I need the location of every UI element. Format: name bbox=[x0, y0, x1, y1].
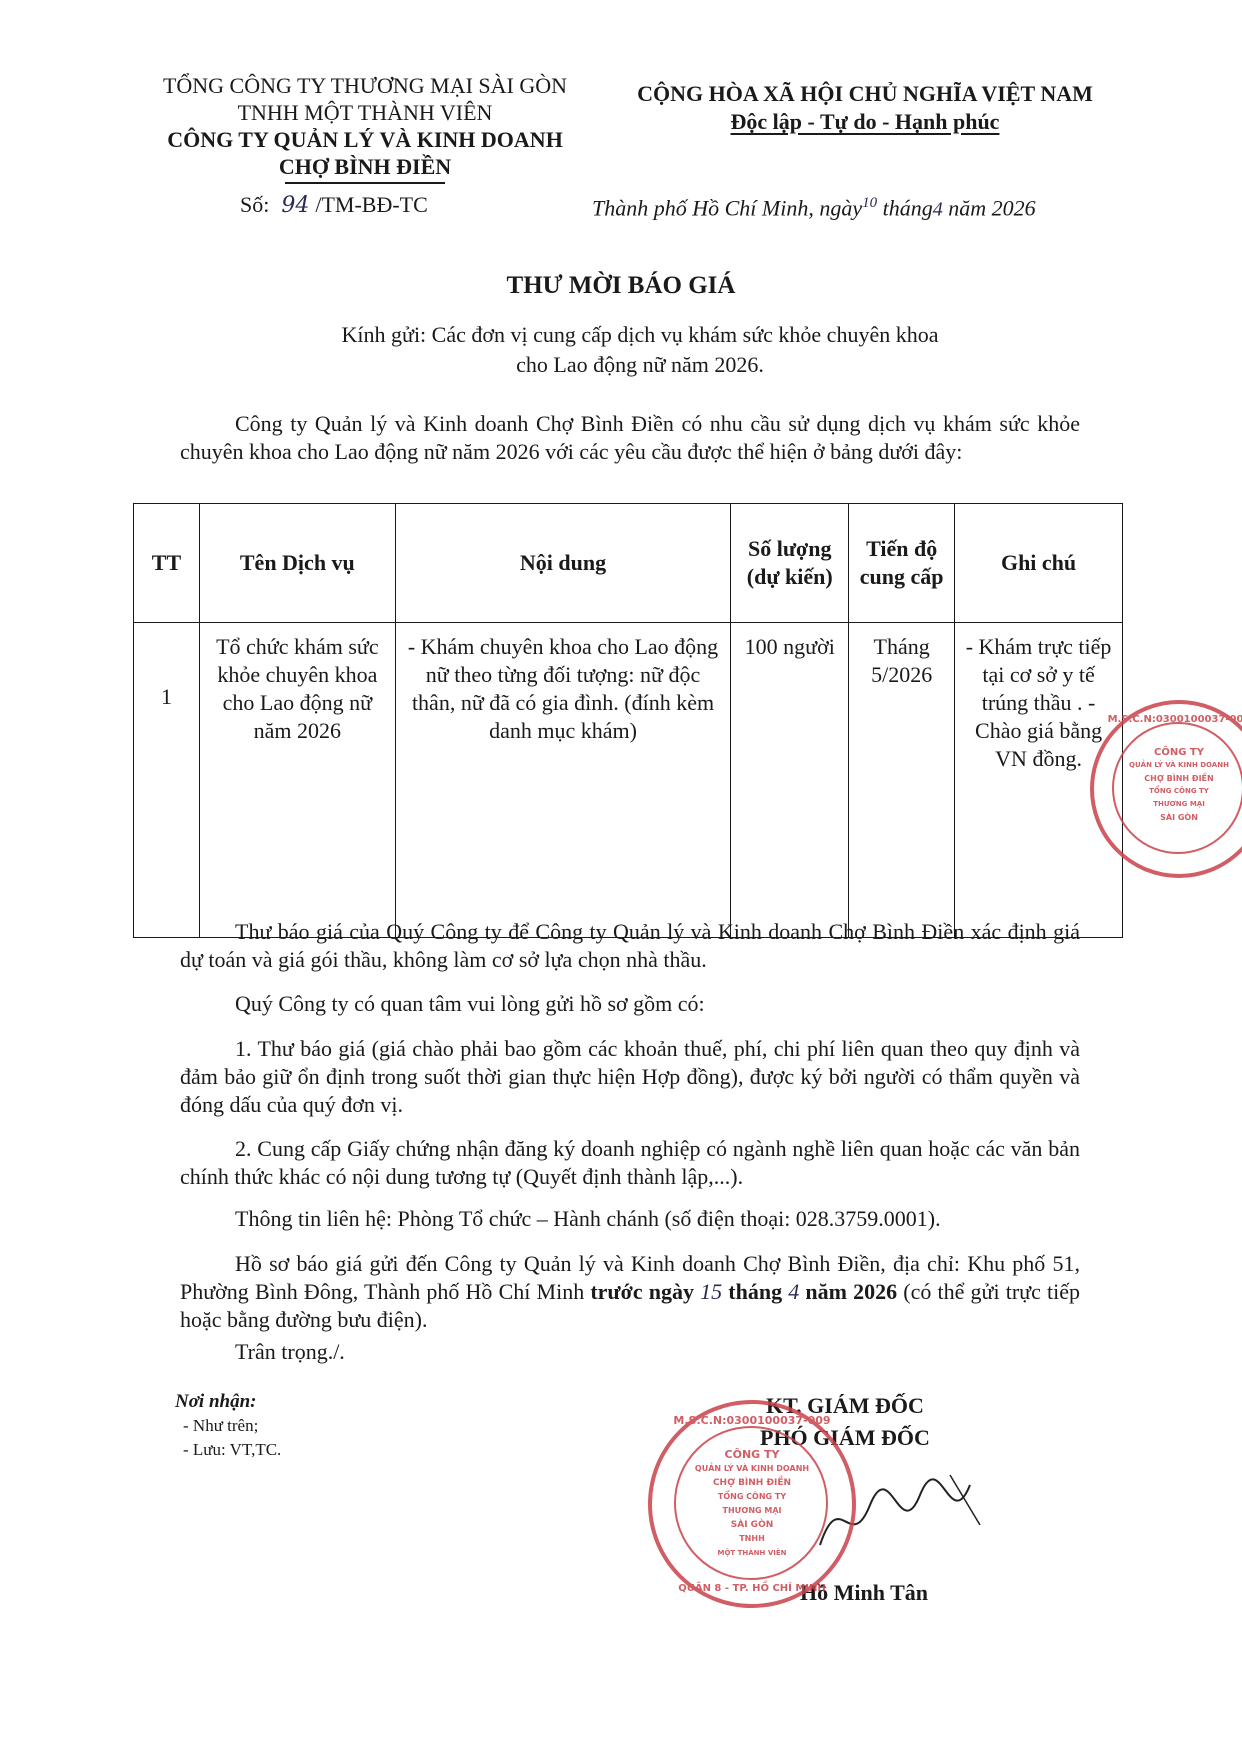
issue-date: Thành phố Hồ Chí Minh, ngày10 tháng4 năm… bbox=[592, 195, 1036, 221]
doc-number-handwritten: 94 bbox=[281, 193, 309, 218]
date-prefix: Thành phố Hồ Chí Minh, ngày bbox=[592, 195, 862, 220]
date-month: 4 bbox=[933, 198, 943, 220]
company-line2: CHỢ BÌNH ĐIỀN bbox=[130, 153, 600, 180]
table-row: 1 Tổ chức khám sức khỏe chuyên khoa cho … bbox=[134, 623, 1123, 938]
company-line1: CÔNG TY QUẢN LÝ VÀ KINH DOANH bbox=[130, 126, 600, 153]
recipient-item: - Lưu: VT,TC. bbox=[175, 1438, 281, 1462]
date-month-label: tháng bbox=[883, 195, 933, 220]
paragraph-request: Quý Công ty có quan tâm vui lòng gửi hồ … bbox=[180, 990, 1080, 1018]
intro-paragraph: Công ty Quản lý và Kinh doanh Chợ Bình Đ… bbox=[180, 410, 1080, 466]
divider bbox=[285, 182, 445, 184]
cell-service: Tổ chức khám sức khỏe chuyên khoa cho La… bbox=[199, 623, 395, 938]
paragraph-purpose: Thư báo giá của Quý Công ty để Công ty Q… bbox=[180, 918, 1080, 974]
closing: Trân trọng./. bbox=[180, 1338, 1080, 1366]
cell-tt: 1 bbox=[134, 623, 200, 938]
cell-quantity: 100 người bbox=[731, 623, 849, 938]
deadline-month: 4 bbox=[788, 1279, 799, 1304]
col-schedule: Tiến độ cung cấp bbox=[849, 504, 955, 623]
nation-name: CỘNG HÒA XÃ HỘI CHỦ NGHĨA VIỆT NAM bbox=[610, 80, 1120, 108]
company-seal-icon: M.S.C.N:0300100037-009 CÔNG TY QUẢN LÝ V… bbox=[648, 1400, 856, 1608]
date-day: 10 bbox=[862, 195, 877, 211]
document-title: THƯ MỜI BÁO GIÁ bbox=[0, 272, 1242, 300]
parent-org-line2: TNHH MỘT THÀNH VIÊN bbox=[130, 99, 600, 126]
col-content: Nội dung bbox=[395, 504, 731, 623]
recipients-list: Nơi nhận: - Như trên; - Lưu: VT,TC. bbox=[175, 1390, 281, 1462]
doc-number: Số:94/TM-BĐ-TC bbox=[240, 192, 428, 218]
table-header-row: TT Tên Dịch vụ Nội dung Số lượng (dự kiế… bbox=[134, 504, 1123, 623]
parent-org-line1: TỔNG CÔNG TY THƯƠNG MẠI SÀI GÒN bbox=[130, 72, 600, 99]
recipient: Kính gửi: Các đơn vị cung cấp dịch vụ kh… bbox=[200, 320, 1080, 380]
national-header: CỘNG HÒA XÃ HỘI CHỦ NGHĨA VIỆT NAM Độc l… bbox=[610, 80, 1120, 136]
issuer-block: TỔNG CÔNG TY THƯƠNG MẠI SÀI GÒN TNHH MỘT… bbox=[130, 72, 600, 184]
paragraph-deadline: Hồ sơ báo giá gửi đến Công ty Quản lý và… bbox=[180, 1250, 1080, 1334]
recipient-line2: cho Lao động nữ năm 2026. bbox=[200, 350, 1080, 380]
paragraph-item-1: 1. Thư báo giá (giá chào phải bao gồm cá… bbox=[180, 1035, 1080, 1119]
deadline-day: 15 bbox=[700, 1279, 722, 1304]
cell-content: - Khám chuyên khoa cho Lao động nữ theo … bbox=[395, 623, 731, 938]
recipient-line1: Kính gửi: Các đơn vị cung cấp dịch vụ kh… bbox=[200, 320, 1080, 350]
requirements-table: TT Tên Dịch vụ Nội dung Số lượng (dự kiế… bbox=[133, 503, 1123, 938]
doc-number-suffix: /TM-BĐ-TC bbox=[315, 192, 427, 217]
col-service: Tên Dịch vụ bbox=[199, 504, 395, 623]
col-notes: Ghi chú bbox=[955, 504, 1123, 623]
recipient-item: - Như trên; bbox=[175, 1414, 281, 1438]
paragraph-contact: Thông tin liên hệ: Phòng Tổ chức – Hành … bbox=[180, 1205, 1080, 1233]
date-year: năm 2026 bbox=[948, 195, 1035, 220]
recipients-label: Nơi nhận: bbox=[175, 1390, 281, 1414]
motto: Độc lập - Tự do - Hạnh phúc bbox=[731, 109, 1000, 134]
doc-number-label: Số: bbox=[240, 192, 269, 217]
paragraph-item-2: 2. Cung cấp Giấy chứng nhận đăng ký doan… bbox=[180, 1135, 1080, 1191]
cell-schedule: Tháng 5/2026 bbox=[849, 623, 955, 938]
col-quantity: Số lượng (dự kiến) bbox=[731, 504, 849, 623]
col-tt: TT bbox=[134, 504, 200, 623]
